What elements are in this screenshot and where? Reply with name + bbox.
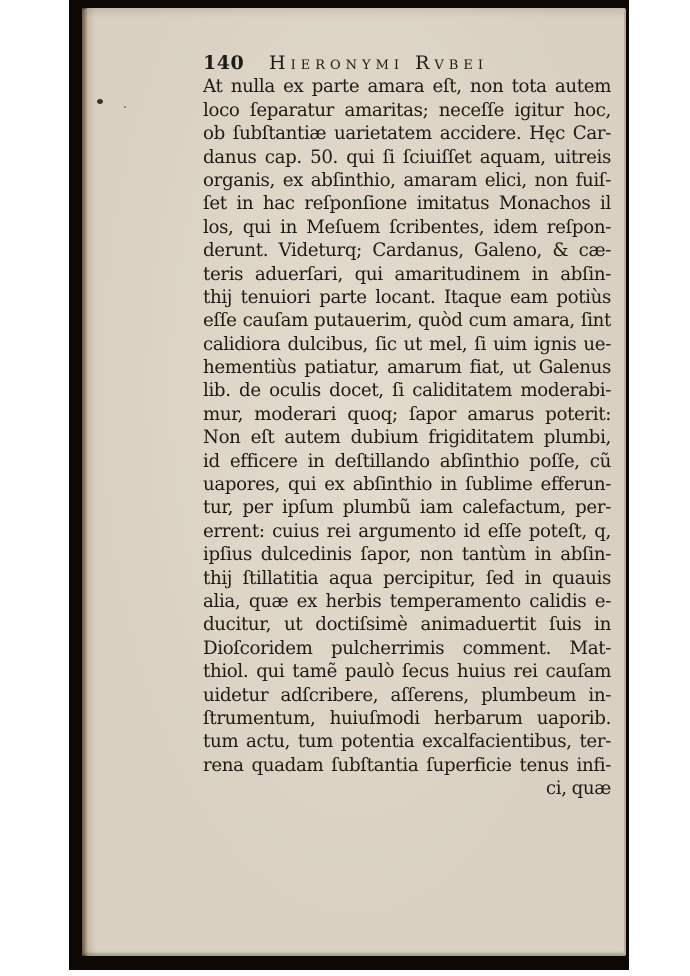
text-line: tur, per ipſum plumbũ iam calefactum, pe…: [203, 496, 611, 519]
text-line: ſtrumentum, huiuſmodi herbarum uaporib.: [203, 707, 611, 730]
text-line: thij ſtillatitia aqua percipitur, ſed in…: [203, 567, 611, 590]
text-line: id efficere in deſtillando abſinthio poſ…: [203, 450, 611, 473]
text-line: rena quadam ſubſtantia ſuperficie tenus …: [203, 754, 611, 777]
text-line: derunt. Videturq; Cardanus, Galeno, & cæ…: [203, 239, 611, 262]
catchword: ci, quæ: [203, 777, 611, 800]
running-head: 140 Hieronymi Rvbei: [203, 52, 611, 75]
text-line: danus cap. 50. qui ſi ſciuiſſet aquam, u…: [203, 146, 611, 169]
text-line: uidetur adſcribere, aſſerens, plumbeum i…: [203, 684, 611, 707]
text-line: uapores, qui ex abſinthio in ſublime eff…: [203, 473, 611, 496]
text-line: tum actu, tum potentia excalfacientibus,…: [203, 730, 611, 753]
text-line: At nulla ex parte amara eſt, non tota au…: [203, 75, 611, 98]
text-line: Non eſt autem dubium frigiditatem plumbi…: [203, 426, 611, 449]
running-title: Hieronymi Rvbei: [269, 52, 488, 75]
text-line: ſet in hac reſponſione imitatus Monachos…: [203, 192, 611, 215]
paper-speck: [124, 106, 126, 108]
page-text: 140 Hieronymi Rvbei At nulla ex parte am…: [203, 52, 611, 801]
text-line: alia, quæ ex herbis temperamento calidis…: [203, 590, 611, 613]
text-line: mur, moderari quoq; ſapor amarus poterit…: [203, 403, 611, 426]
paper-speck: [97, 99, 103, 104]
text-line: ob ſubſtantiæ uarietatem accidere. Hęc C…: [203, 122, 611, 145]
text-line: eſſe cauſam putauerim, quòd cum amara, ſ…: [203, 309, 611, 332]
text-line: thij tenuiori parte locant. Itaque eam p…: [203, 286, 611, 309]
text-line: lib. de oculis docet, ſi caliditatem mod…: [203, 379, 611, 402]
text-line: calidiora dulcibus, ſic ut mel, ſi uim i…: [203, 333, 611, 356]
text-line: errent: cuius rei argumento id eſſe pote…: [203, 520, 611, 543]
text-line: ducitur, ut doctiſsimè animaduertit ſuis…: [203, 613, 611, 636]
page-number: 140: [203, 52, 244, 75]
text-line: Dioſcoridem pulcherrimis comment. Mat-: [203, 637, 611, 660]
text-line: loco ſeparatur amaritas; neceſſe igitur …: [203, 99, 611, 122]
text-line: thiol. qui tamẽ paulò ſecus huius rei ca…: [203, 660, 611, 683]
text-line: teris aduerſari, qui amaritudinem in abſ…: [203, 263, 611, 286]
text-line: ipſius dulcedinis ſapor, non tantùm in a…: [203, 543, 611, 566]
page-gutter-shadow: [82, 8, 88, 956]
text-line: los, qui in Meſuem ſcribentes, idem reſp…: [203, 216, 611, 239]
text-line: organis, ex abſinthio, amaram elici, non…: [203, 169, 611, 192]
text-line: hementiùs patiatur, amarum fiat, ut Gale…: [203, 356, 611, 379]
